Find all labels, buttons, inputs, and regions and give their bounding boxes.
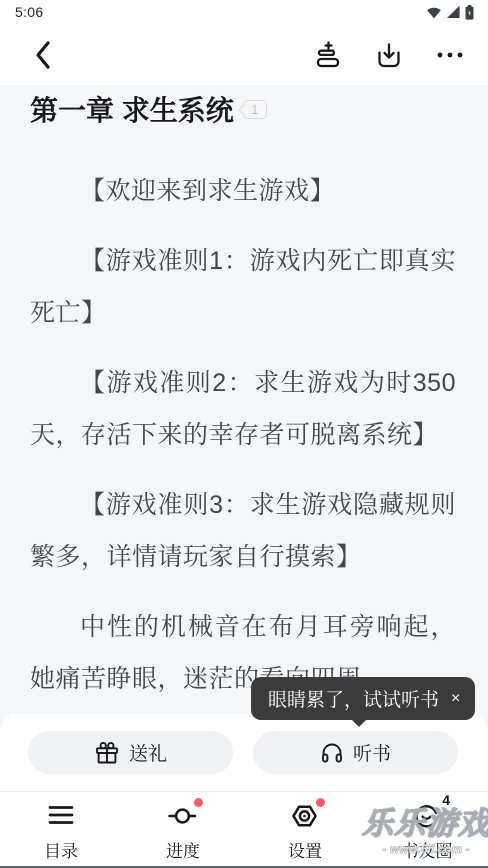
headphones-icon xyxy=(320,741,344,765)
listen-tooltip: 眼睛累了，试试听书 × xyxy=(251,677,475,720)
nav-item-book-circle[interactable]: 4 书友圈 xyxy=(366,792,488,868)
add-to-shelf-icon xyxy=(313,40,343,70)
paragraph: 【游戏准则1：游戏内死亡即真实死亡】 xyxy=(30,235,456,339)
more-button[interactable] xyxy=(433,38,467,72)
download-icon xyxy=(375,41,403,69)
paragraph: 【游戏准则2：求生游戏为时350天，存活下来的幸存者可脱离系统】 xyxy=(30,357,456,461)
notification-dot xyxy=(194,798,203,807)
bottom-nav: 目录 进度 设置 xyxy=(0,791,488,868)
listen-book-label: 听书 xyxy=(353,739,391,766)
nav-item-progress[interactable]: 进度 xyxy=(122,792,244,868)
send-gift-button[interactable]: 送礼 xyxy=(28,731,233,774)
clock: 5:06 xyxy=(15,4,43,20)
progress-icon xyxy=(168,800,198,830)
chapter-title-text: 第一章 求生系统 xyxy=(30,95,234,127)
add-to-shelf-button[interactable] xyxy=(311,38,345,72)
back-icon xyxy=(33,39,53,71)
nav-label-progress: 进度 xyxy=(166,837,200,862)
wifi-icon xyxy=(426,5,442,19)
nav-item-catalog[interactable]: 目录 xyxy=(0,792,122,868)
comment-count-badge[interactable]: 1 xyxy=(243,100,267,119)
status-bar: 5:06 xyxy=(0,0,488,24)
community-icon: 4 xyxy=(412,800,442,830)
menu-icon xyxy=(46,800,76,830)
gift-icon xyxy=(94,740,120,766)
nav-label-catalog: 目录 xyxy=(44,837,78,862)
close-icon[interactable]: × xyxy=(451,690,460,707)
action-panel: 送礼 听书 xyxy=(0,714,488,791)
nav-label-community: 设置 xyxy=(288,837,322,862)
listen-tooltip-text: 眼睛累了，试试听书 xyxy=(268,685,439,712)
more-icon xyxy=(436,51,464,59)
listen-book-button[interactable]: 听书 xyxy=(253,731,458,774)
cellular-icon xyxy=(446,5,461,19)
battery-icon xyxy=(465,5,474,20)
nav-item-settings[interactable]: 设置 xyxy=(244,792,366,868)
paragraph: 【游戏准则3：求生游戏隐藏规则繁多，详情请玩家自行摸索】 xyxy=(30,479,456,583)
chapter-content: 第一章 求生系统 1 【欢迎来到求生游戏】 【游戏准则1：游戏内死亡即真实死亡】… xyxy=(0,85,488,705)
settings-icon xyxy=(290,800,320,830)
send-gift-label: 送礼 xyxy=(129,739,167,766)
paragraph: 【欢迎来到求生游戏】 xyxy=(30,165,456,217)
unread-count-badge: 4 xyxy=(442,792,450,808)
chapter-title: 第一章 求生系统 1 xyxy=(30,95,456,127)
reader-toolbar xyxy=(0,24,488,85)
nav-label-book-circle: 书友圈 xyxy=(402,837,453,862)
download-button[interactable] xyxy=(372,38,406,72)
notification-dot xyxy=(316,798,325,807)
status-icons xyxy=(426,5,474,20)
back-button[interactable] xyxy=(26,38,60,72)
reader-screen: 5:06 xyxy=(0,0,488,868)
